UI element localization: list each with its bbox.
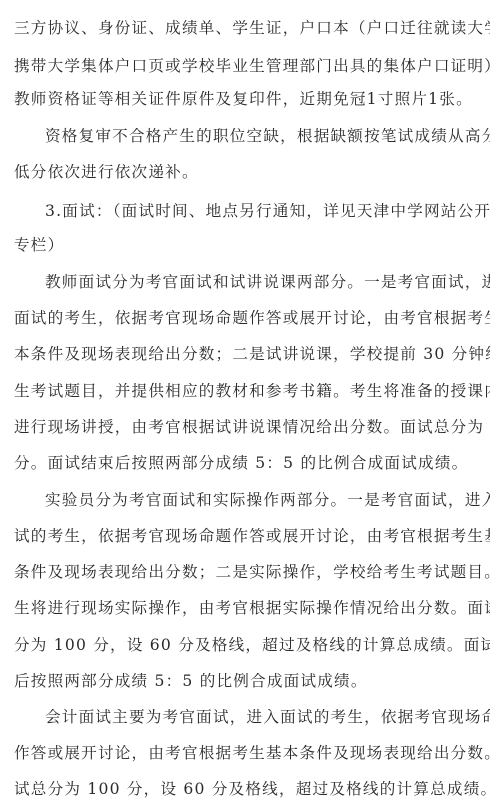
section-heading-interview: 3.面试：（面试时间、地点另行通知，详见天津中学网站公开招聘 bbox=[45, 200, 490, 222]
text-line-7: 专栏） bbox=[14, 234, 490, 256]
document-page: 三方协议、身份证、成绩单、学生证，户口本（户口迁往就读大学的， 携带大学集体户口… bbox=[0, 0, 504, 801]
text-line-10: 本条件及现场表现给出分数；二是试讲说课，学校提前 30 分钟给考 bbox=[14, 343, 490, 365]
text-line-12: 进行现场讲授，由考官根据试讲说课情况给出分数。面试总分为 100 bbox=[14, 416, 490, 438]
text-line-15: 试的考生，依据考官现场命题作答或展开讨论，由考官根据考生基本 bbox=[14, 525, 490, 547]
text-line-19: 后按照两部分成绩 5：5 的比例合成面试成绩。 bbox=[14, 670, 490, 692]
text-line-21: 作答或展开讨论，由考官根据考生基本条件及现场表现给出分数。面 bbox=[14, 742, 490, 764]
text-line-2: 携带大学集体户口页或学校毕业生管理部门出具的集体户口证明）、 bbox=[14, 55, 490, 77]
text-line-3: 教师资格证等相关证件原件及复印件，近期免冠1寸照片1张。 bbox=[14, 88, 490, 110]
text-line-18: 分为 100 分，设 60 分及格线，超过及格线的计算总成绩。面试结束 bbox=[14, 634, 490, 656]
text-line-1: 三方协议、身份证、成绩单、学生证，户口本（户口迁往就读大学的， bbox=[14, 17, 490, 39]
text-line-13: 分。面试结束后按照两部分成绩 5：5 的比例合成面试成绩。 bbox=[14, 452, 490, 474]
text-line-20: 会计面试主要为考官面试，进入面试的考生，依据考官现场命题 bbox=[45, 706, 490, 728]
text-line-8: 教师面试分为考官面试和试讲说课两部分。一是考官面试，进入 bbox=[45, 271, 490, 293]
text-line-16: 条件及现场表现给出分数；二是实际操作，学校给考生考试题目。考 bbox=[14, 561, 490, 583]
text-line-5: 低分依次进行依次递补。 bbox=[14, 161, 490, 183]
text-line-11: 生考试题目，并提供相应的教材和参考书籍。考生将准备的授课内容 bbox=[14, 380, 490, 402]
text-line-17: 生将进行现场实际操作，由考官根据实际操作情况给出分数。面试总 bbox=[14, 597, 490, 619]
text-line-22: 试总分为 100 分，设 60 分及格线，超过及格线的计算总成绩。面试 bbox=[14, 778, 490, 800]
text-line-14: 实验员分为考官面试和实际操作两部分。一是考官面试，进入面 bbox=[45, 489, 490, 511]
text-line-4: 资格复审不合格产生的职位空缺，根据缺额按笔试成绩从高分到 bbox=[45, 125, 490, 147]
text-line-9: 面试的考生，依据考官现场命题作答或展开讨论，由考官根据考生基 bbox=[14, 307, 490, 329]
